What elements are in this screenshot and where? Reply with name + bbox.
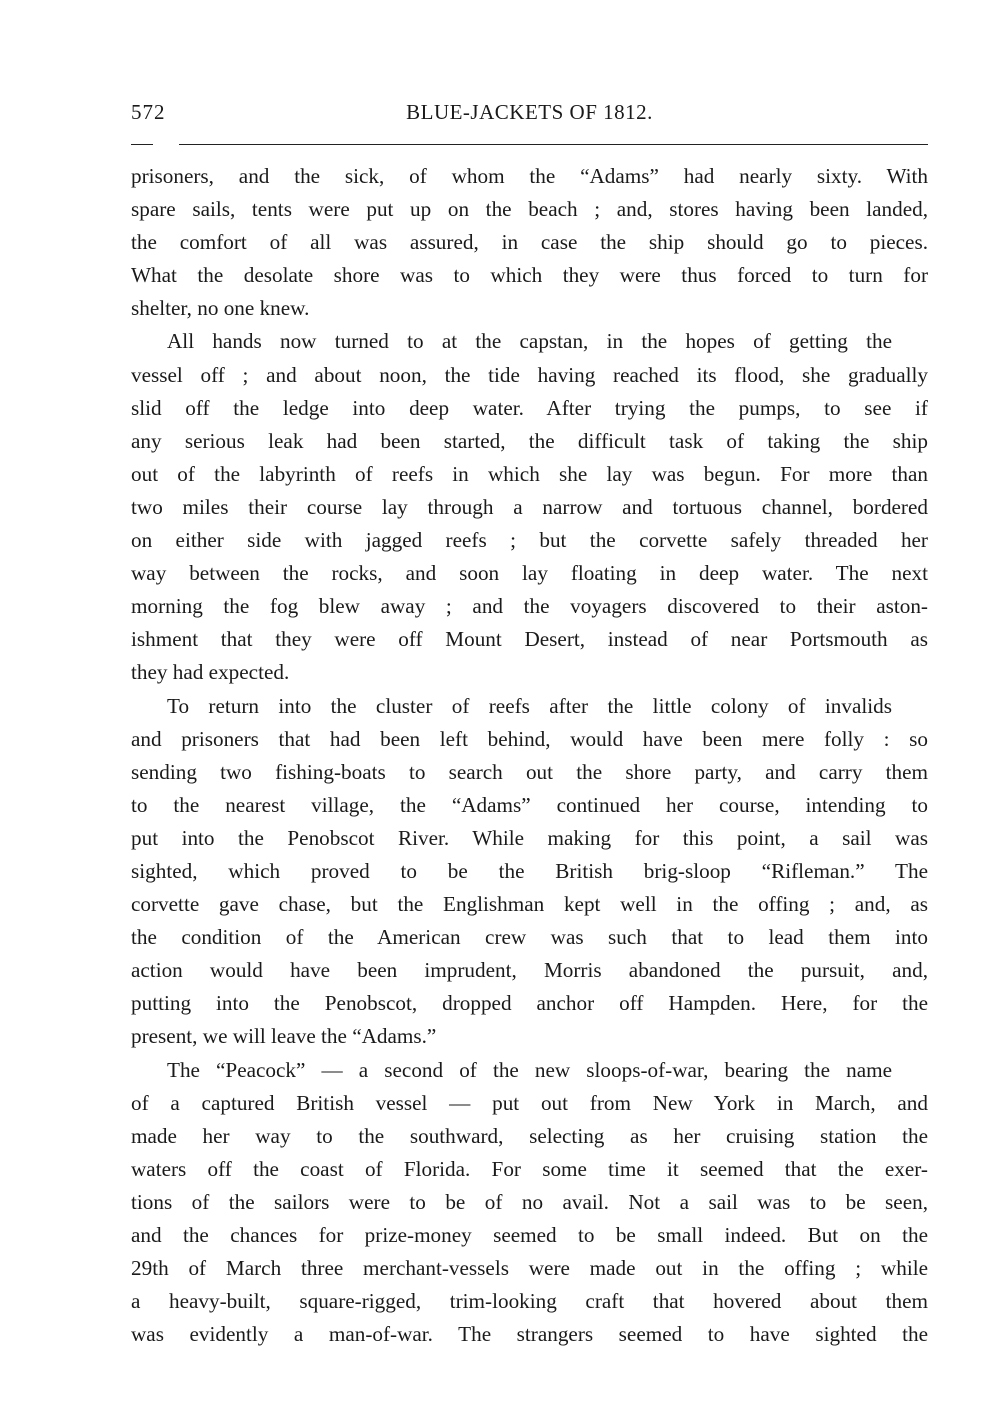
text-line-content: on either side with jagged reefs ; but t… [131, 524, 928, 557]
text-line: two miles their course lay through a nar… [131, 491, 928, 524]
text-line: to the nearest village, the “Adams” cont… [131, 789, 928, 822]
text-line-content: waters off the coast of Florida. For som… [131, 1153, 928, 1186]
text-line-content: 29th of March three merchant-vessels wer… [131, 1252, 928, 1285]
text-line-content: sending two fishing-boats to search out … [131, 756, 928, 789]
text-line-content: sighted, which proved to be the British … [131, 855, 928, 888]
text-line-content: The “Peacock” — a second of the new sloo… [167, 1054, 892, 1087]
text-line-content: tions of the sailors were to be of no av… [131, 1186, 928, 1219]
text-line: putting into the Penobscot, dropped anch… [131, 987, 928, 1020]
text-line-content: All hands now turned to at the capstan, … [167, 325, 892, 358]
text-line: The “Peacock” — a second of the new sloo… [131, 1054, 928, 1087]
text-line-content: prisoners, and the sick, of whom the “Ad… [131, 160, 928, 193]
text-line-content: spare sails, tents were put up on the be… [131, 193, 928, 226]
text-line: corvette gave chase, but the Englishman … [131, 888, 928, 921]
text-line-content: any serious leak had been started, the d… [131, 425, 928, 458]
header-rule-short [131, 144, 153, 145]
text-line: shelter, no one knew. [131, 292, 928, 325]
text-line: the comfort of all was assured, in case … [131, 226, 928, 259]
text-line-content: put into the Penobscot River. While maki… [131, 822, 928, 855]
text-line: made her way to the southward, selecting… [131, 1120, 928, 1153]
text-line: and prisoners that had been left behind,… [131, 723, 928, 756]
text-line: 29th of March three merchant-vessels wer… [131, 1252, 928, 1285]
text-line-content: shelter, no one knew. [131, 292, 928, 325]
text-line: To return into the cluster of reefs afte… [131, 690, 928, 723]
text-line: present, we will leave the “Adams.” [131, 1020, 928, 1053]
text-line-content: was evidently a man-of-war. The stranger… [131, 1318, 928, 1351]
running-title: BLUE-JACKETS OF 1812. [131, 100, 928, 125]
text-line: they had expected. [131, 656, 928, 689]
text-line-content: they had expected. [131, 656, 928, 689]
text-line-content: of a captured British vessel — put out f… [131, 1087, 928, 1120]
text-line: out of the labyrinth of reefs in which s… [131, 458, 928, 491]
text-line-content: the condition of the American crew was s… [131, 921, 928, 954]
text-line-content: present, we will leave the “Adams.” [131, 1020, 928, 1053]
book-page: 572 BLUE-JACKETS OF 1812. prisoners, and… [0, 0, 1000, 1404]
text-line-content: and prisoners that had been left behind,… [131, 723, 928, 756]
text-line: All hands now turned to at the capstan, … [131, 325, 928, 358]
text-line: vessel off ; and about noon, the tide ha… [131, 359, 928, 392]
text-line-content: vessel off ; and about noon, the tide ha… [131, 359, 928, 392]
text-line: sighted, which proved to be the British … [131, 855, 928, 888]
text-line: prisoners, and the sick, of whom the “Ad… [131, 160, 928, 193]
text-line-content: made her way to the southward, selecting… [131, 1120, 928, 1153]
text-line-content: putting into the Penobscot, dropped anch… [131, 987, 928, 1020]
text-line: of a captured British vessel — put out f… [131, 1087, 928, 1120]
text-line: put into the Penobscot River. While maki… [131, 822, 928, 855]
text-line-content: corvette gave chase, but the Englishman … [131, 888, 928, 921]
text-line-content: morning the fog blew away ; and the voya… [131, 590, 928, 623]
body-text: prisoners, and the sick, of whom the “Ad… [131, 160, 928, 1351]
text-line: morning the fog blew away ; and the voya… [131, 590, 928, 623]
text-line: action would have been imprudent, Morris… [131, 954, 928, 987]
text-line: waters off the coast of Florida. For som… [131, 1153, 928, 1186]
text-line: a heavy-built, square-rigged, trim-looki… [131, 1285, 928, 1318]
text-line-content: way between the rocks, and soon lay floa… [131, 557, 928, 590]
text-line: What the desolate shore was to which the… [131, 259, 928, 292]
paragraph: The “Peacock” — a second of the new sloo… [131, 1054, 928, 1352]
text-line-content: to the nearest village, the “Adams” cont… [131, 789, 928, 822]
text-line-content: To return into the cluster of reefs afte… [167, 690, 892, 723]
text-line-content: two miles their course lay through a nar… [131, 491, 928, 524]
text-line-content: What the desolate shore was to which the… [131, 259, 928, 292]
text-line: and the chances for prize-money seemed t… [131, 1219, 928, 1252]
text-line-content: a heavy-built, square-rigged, trim-looki… [131, 1285, 928, 1318]
text-line-content: ishment that they were off Mount Desert,… [131, 623, 928, 656]
text-line: was evidently a man-of-war. The stranger… [131, 1318, 928, 1351]
running-head: 572 BLUE-JACKETS OF 1812. [131, 100, 928, 130]
header-rule-long [179, 144, 928, 145]
text-line: way between the rocks, and soon lay floa… [131, 557, 928, 590]
text-line: sending two fishing-boats to search out … [131, 756, 928, 789]
text-line-content: out of the labyrinth of reefs in which s… [131, 458, 928, 491]
text-line: spare sails, tents were put up on the be… [131, 193, 928, 226]
text-line: on either side with jagged reefs ; but t… [131, 524, 928, 557]
paragraph: All hands now turned to at the capstan, … [131, 325, 928, 689]
text-line: the condition of the American crew was s… [131, 921, 928, 954]
text-line: any serious leak had been started, the d… [131, 425, 928, 458]
text-line-content: slid off the ledge into deep water. Afte… [131, 392, 928, 425]
paragraph: To return into the cluster of reefs afte… [131, 690, 928, 1054]
text-line: ishment that they were off Mount Desert,… [131, 623, 928, 656]
paragraph: prisoners, and the sick, of whom the “Ad… [131, 160, 928, 325]
text-line: slid off the ledge into deep water. Afte… [131, 392, 928, 425]
text-line-content: action would have been imprudent, Morris… [131, 954, 928, 987]
text-line-content: and the chances for prize-money seemed t… [131, 1219, 928, 1252]
text-line: tions of the sailors were to be of no av… [131, 1186, 928, 1219]
text-line-content: the comfort of all was assured, in case … [131, 226, 928, 259]
